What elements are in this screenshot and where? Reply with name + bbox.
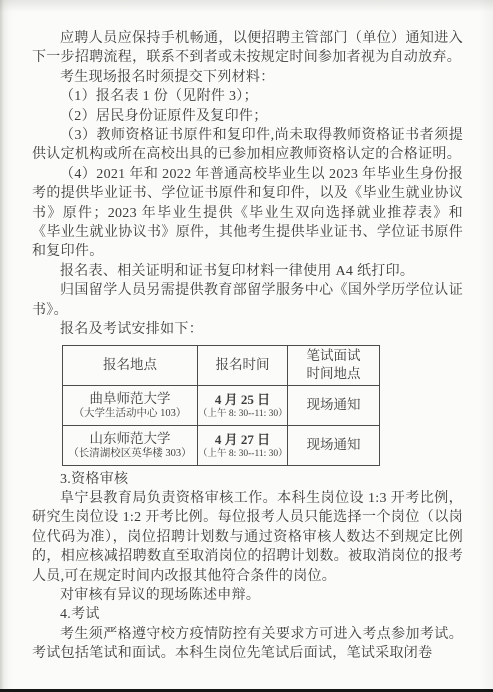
place-detail: （长清湖校区英华楼 303） <box>63 447 197 460</box>
header-exam-line1: 笔试面试 <box>288 347 379 365</box>
header-exam-line2: 时间地点 <box>288 365 379 383</box>
list-item-3: （3）教师资格证书原件和复印件,尚未取得教师资格证书者须提供认定机构或所在高校出… <box>32 126 463 165</box>
scanned-document-page: 应聘人员应保持手机畅通，以便招聘主管部门（单位）通知进入下一步招聘流程，联系不到… <box>0 0 493 692</box>
table-row: 曲阜师范大学 （大学生活动中心 103） 4 月 25 日 （上午 8: 30-… <box>63 385 380 425</box>
paragraph-materials-intro: 考生现场报名时须提交下列材料： <box>32 68 463 87</box>
section-heading-exam: 4.考试 <box>32 605 463 624</box>
header-exam-time-place: 笔试面试 时间地点 <box>288 345 380 385</box>
cell-time-2: 4 月 27 日 （上午 8: 30--11: 30） <box>198 425 288 465</box>
registration-hours: （上午 8: 30--11: 30） <box>198 408 287 420</box>
registration-schedule-table: 报名地点 报名时间 笔试面试 时间地点 曲阜师范大学 （大学生活动中心 103）… <box>62 345 380 466</box>
paragraph-exam-rules: 考生须严格遵守校方疫情防控有关要求方可进入考点参加考试。考试包括笔试和面试。本科… <box>32 625 463 664</box>
cell-place-1: 曲阜师范大学 （大学生活动中心 103） <box>63 385 198 425</box>
registration-date: 4 月 25 日 <box>198 391 287 408</box>
paragraph-schedule-intro: 报名及考试安排如下： <box>32 320 463 339</box>
paragraph-overseas: 归国留学人员另需提供教育部留学服务中心《国外学历学位认证书》。 <box>32 281 463 320</box>
cell-notice-2: 现场通知 <box>288 425 380 465</box>
table-header-row: 报名地点 报名时间 笔试面试 时间地点 <box>63 345 380 385</box>
list-item-4: （4）2021 年和 2022 年普通高校毕业生以 2023 年毕业生身份报考的… <box>32 165 463 262</box>
header-registration-time: 报名时间 <box>198 345 288 385</box>
cell-notice-1: 现场通知 <box>288 385 380 425</box>
registration-date: 4 月 27 日 <box>198 431 287 448</box>
table-row: 山东师范大学 （长清湖校区英华楼 303） 4 月 27 日 （上午 8: 30… <box>63 425 380 465</box>
paragraph-qualification-review: 阜宁县教育局负责资格审核工作。本科生岗位设 1:3 开考比例，研究生岗位设 1:… <box>32 489 463 586</box>
registration-hours: （上午 8: 30--11: 30） <box>198 448 287 460</box>
document-body: 应聘人员应保持手机畅通，以便招聘主管部门（单位）通知进入下一步招聘流程，联系不到… <box>32 29 463 664</box>
list-item-2: （2）居民身份证原件及复印件； <box>32 107 463 126</box>
paragraph-phone-notice: 应聘人员应保持手机畅通，以便招聘主管部门（单位）通知进入下一步招聘流程，联系不到… <box>32 29 463 68</box>
place-name: 山东师范大学 <box>63 430 197 447</box>
list-item-1: （1）报名表 1 份（见附件 3）； <box>32 87 463 106</box>
cell-time-1: 4 月 25 日 （上午 8: 30--11: 30） <box>198 385 288 425</box>
place-name: 曲阜师范大学 <box>63 390 197 407</box>
paragraph-review-objection: 对审核有异议的现场陈述申辩。 <box>32 586 463 605</box>
section-heading-qualification-review: 3.资格审核 <box>32 470 463 489</box>
paragraph-a4-print: 报名表、相关证明和证书复印材料一律使用 A4 纸打印。 <box>32 262 463 281</box>
cell-place-2: 山东师范大学 （长清湖校区英华楼 303） <box>63 425 198 465</box>
header-registration-place: 报名地点 <box>63 345 198 385</box>
place-detail: （大学生活动中心 103） <box>63 407 197 420</box>
